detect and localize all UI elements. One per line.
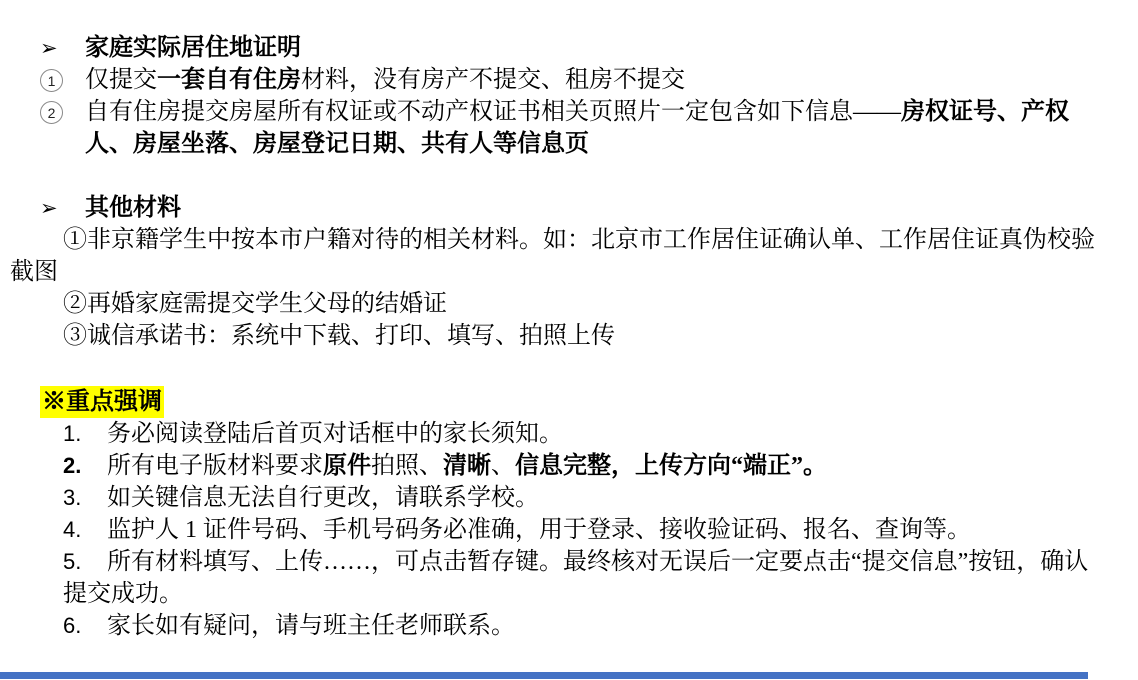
other-item-2: ②再婚家庭需提交学生父母的结婚证 <box>63 288 1138 320</box>
list-item: 2 自有住房提交房屋所有权证或不动产权证书相关页照片一定包含如下信息——房权证号… <box>0 96 1105 160</box>
section-residence-proof: ➢ 家庭实际居住地证明 1 仅提交一套自有住房材料，没有房产不提交、租房不提交 … <box>0 32 1138 160</box>
item-number: 2. <box>63 450 107 482</box>
section-key-emphasis: ※重点强调 1.务必阅读登陆后首页对话框中的家长须知。 2.所有电子版材料要求原… <box>0 386 1138 642</box>
other-title: 其他材料 <box>85 195 181 221</box>
text-run: 如关键信息无法自行更改，请联系学校。 <box>107 485 539 511</box>
text-run: 所有电子版材料要求 <box>107 453 323 479</box>
text-run: 所有材料填写、上传……，可点击暂存键。最终核对无误后一定要点击“提交信息”按钮，… <box>63 549 1088 607</box>
emphasis-title-highlighted: ※重点强调 <box>40 386 164 418</box>
other-heading: ➢ 其他材料 <box>0 192 1138 224</box>
emphasis-item-4: 4.监护人 1 证件号码、手机号码务必准确，用于登录、接收验证码、报名、查询等。 <box>63 514 1108 546</box>
text-run: 监护人 1 证件号码、手机号码务必准确，用于登录、接收验证码、报名、查询等。 <box>107 517 971 543</box>
other-item-3: ③诚信承诺书：系统中下载、打印、填写、拍照上传 <box>63 320 1138 352</box>
text-run: 家长如有疑问，请与班主任老师联系。 <box>107 613 515 639</box>
text-run: 、 <box>491 453 515 479</box>
residence-heading: ➢ 家庭实际居住地证明 <box>0 32 1138 64</box>
list-item-text: 自有住房提交房屋所有权证或不动产权证书相关页照片一定包含如下信息——房权证号、产… <box>85 99 1069 157</box>
circled-number-icon: 2 <box>40 101 63 124</box>
circled-number-icon: 1 <box>40 69 63 92</box>
document-slide: ➢ 家庭实际居住地证明 1 仅提交一套自有住房材料，没有房产不提交、租房不提交 … <box>0 0 1138 680</box>
emphasis-heading-row: ※重点强调 <box>40 386 1138 418</box>
emphasis-item-6: 6.家长如有疑问，请与班主任老师联系。 <box>63 610 1108 642</box>
text-run-bold: 原件 <box>323 453 371 479</box>
bottom-accent-bar <box>0 672 1088 679</box>
text-run-bold: 一套自有住房 <box>157 67 301 93</box>
text-run-bold: 信息完整，上传方向“端正”。 <box>515 453 827 479</box>
other-item-1: ①非京籍学生中按本市户籍对待的相关材料。如：北京市工作居住证确认单、工作居住证真… <box>10 224 1095 288</box>
text-run: 务必阅读登陆后首页对话框中的家长须知。 <box>107 421 563 447</box>
text-run: 仅提交 <box>85 67 157 93</box>
list-item-text: 仅提交一套自有住房材料，没有房产不提交、租房不提交 <box>85 67 685 93</box>
arrow-bullet-icon: ➢ <box>40 192 58 224</box>
text-run-bold: 清晰 <box>443 453 491 479</box>
arrow-bullet-icon: ➢ <box>40 32 58 64</box>
item-number: 5. <box>63 546 107 578</box>
item-number: 4. <box>63 514 107 546</box>
section-other-materials: ➢ 其他材料 ①非京籍学生中按本市户籍对待的相关材料。如：北京市工作居住证确认单… <box>0 192 1138 352</box>
emphasis-item-5: 5.所有材料填写、上传……，可点击暂存键。最终核对无误后一定要点击“提交信息”按… <box>63 546 1108 610</box>
emphasis-item-2: 2.所有电子版材料要求原件拍照、清晰、信息完整，上传方向“端正”。 <box>63 450 1108 482</box>
item-number: 6. <box>63 610 107 642</box>
item-number: 1. <box>63 418 107 450</box>
emphasis-item-1: 1.务必阅读登陆后首页对话框中的家长须知。 <box>63 418 1108 450</box>
list-item: 1 仅提交一套自有住房材料，没有房产不提交、租房不提交 <box>0 64 1105 96</box>
text-run: 材料，没有房产不提交、租房不提交 <box>301 67 685 93</box>
item-number: 3. <box>63 482 107 514</box>
text-run: 拍照、 <box>371 453 443 479</box>
text-run: 自有住房提交房屋所有权证或不动产权证书相关页照片一定包含如下信息—— <box>85 99 901 125</box>
emphasis-item-3: 3.如关键信息无法自行更改，请联系学校。 <box>63 482 1108 514</box>
residence-title: 家庭实际居住地证明 <box>85 35 301 61</box>
